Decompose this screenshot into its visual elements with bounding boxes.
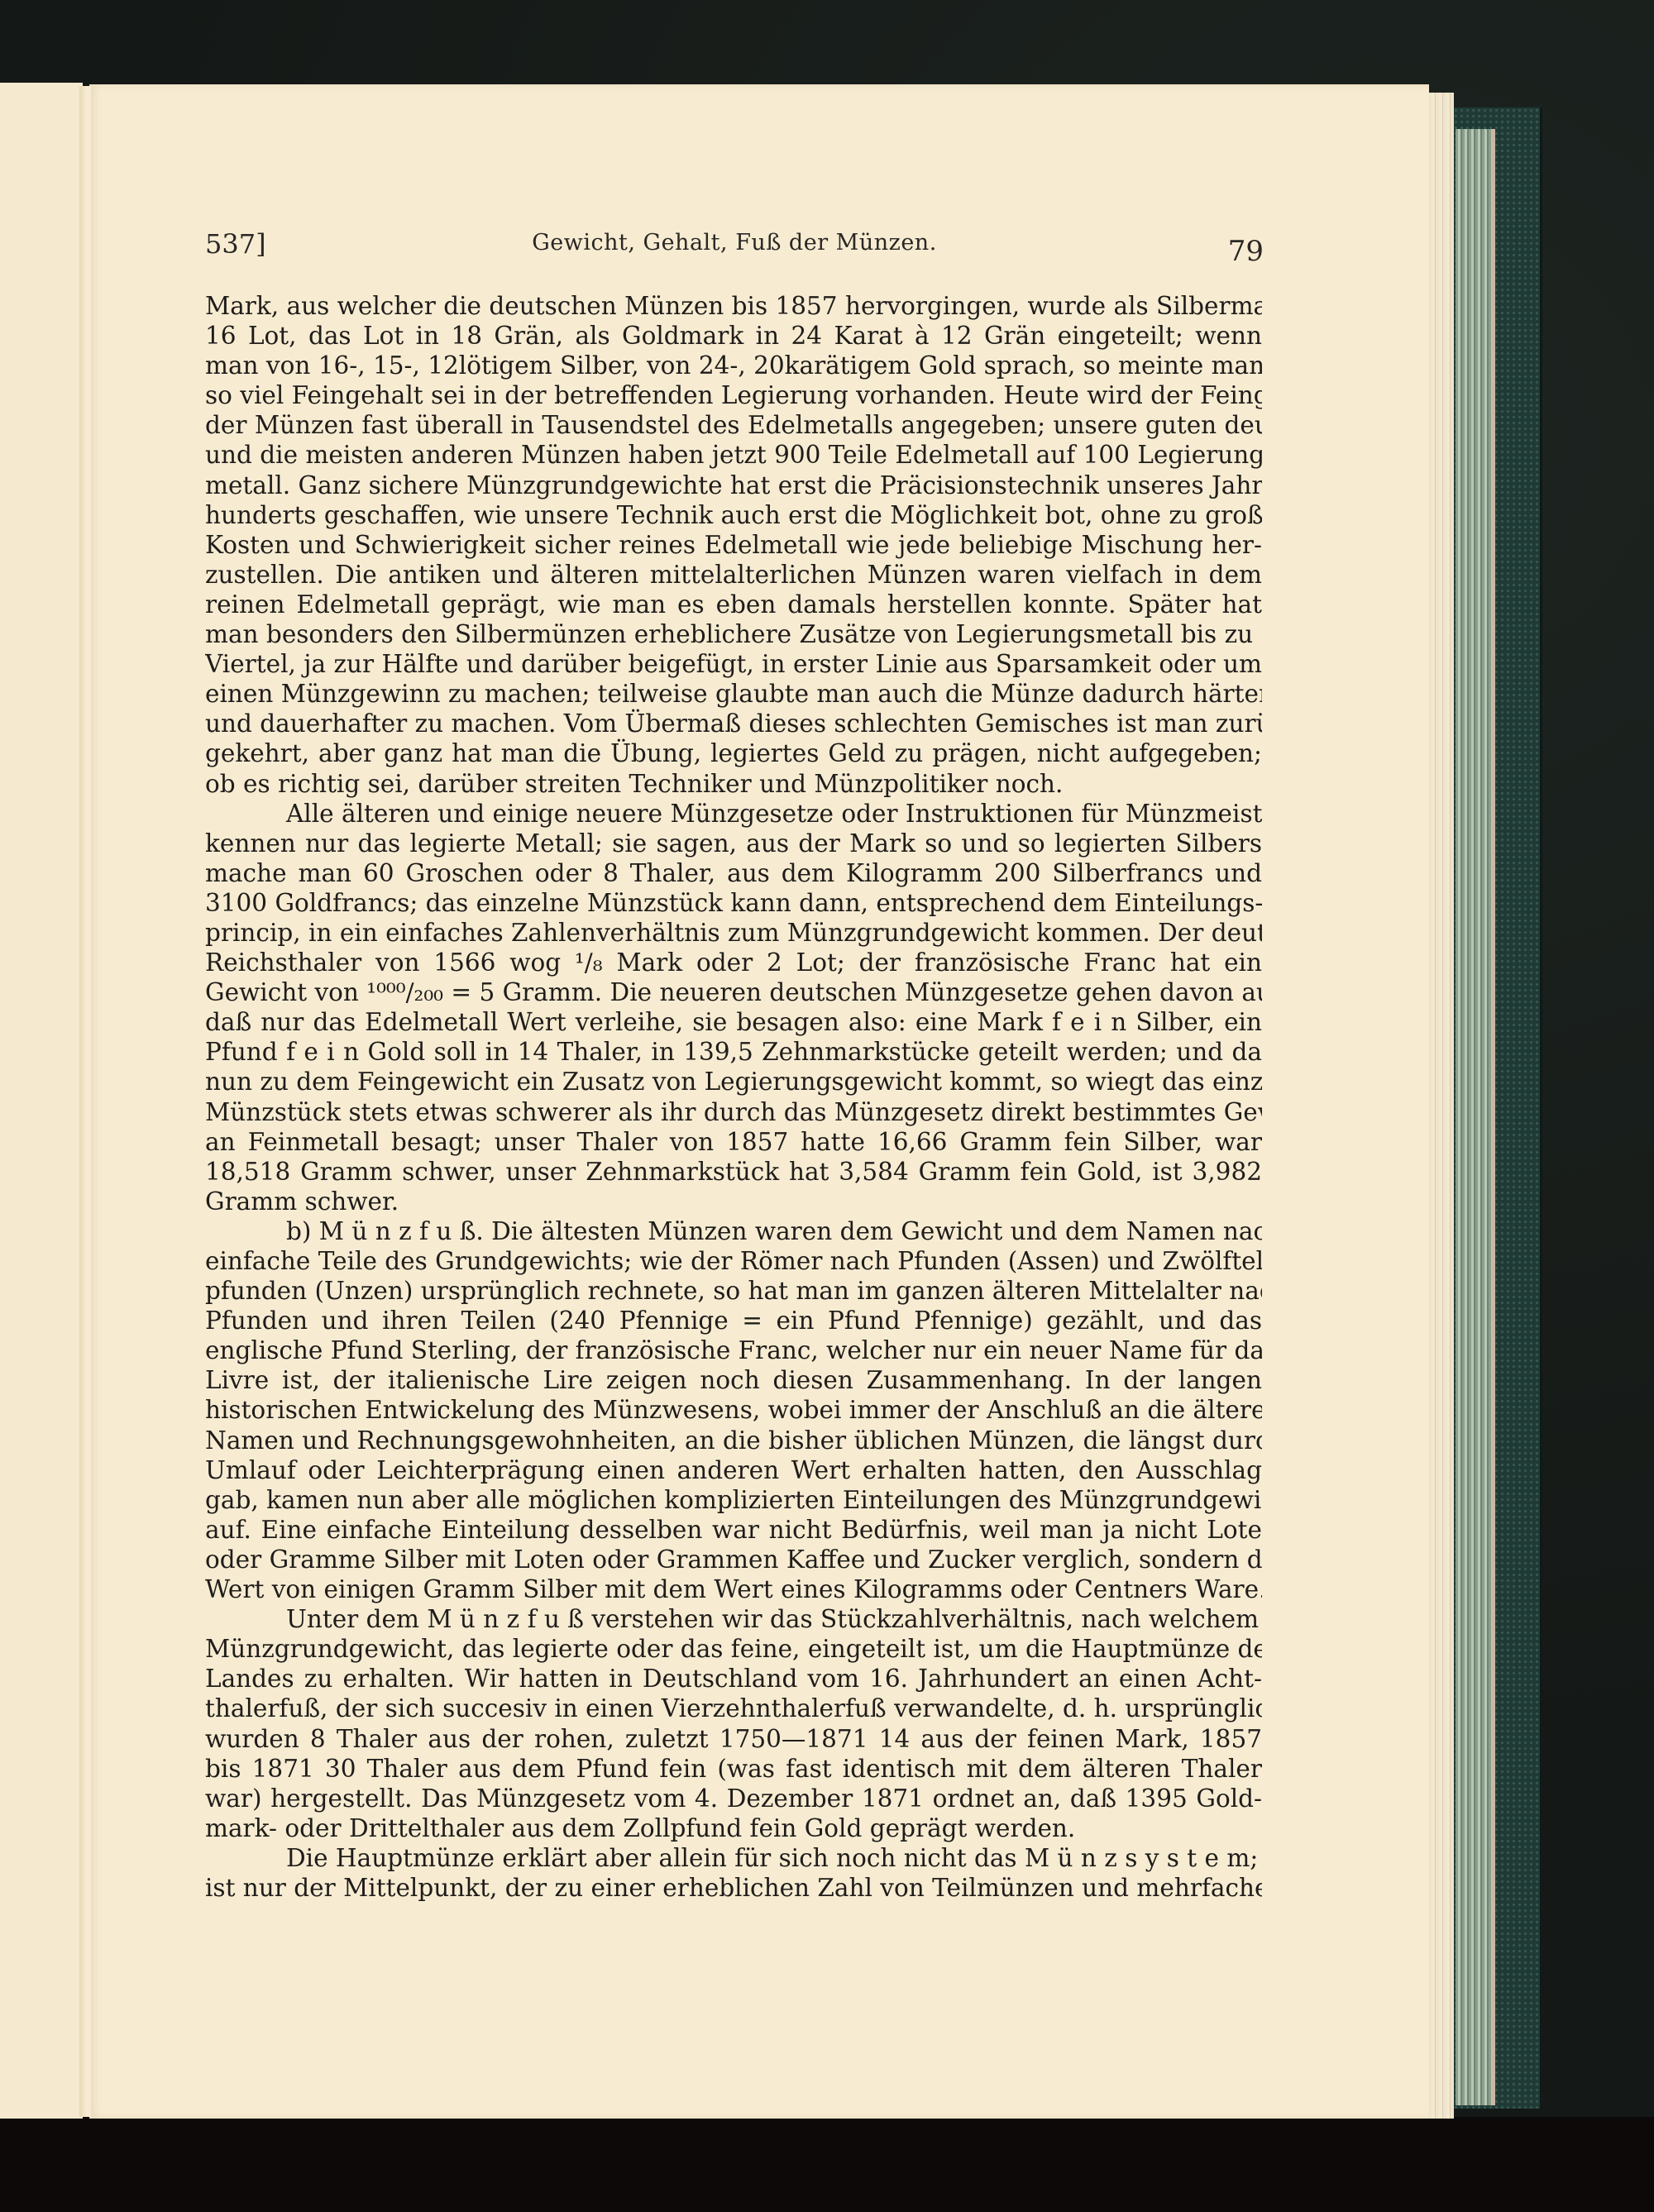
text-line: Münzgrundgewicht, das legierte oder das …: [205, 1634, 1262, 1664]
text-line: und dauerhafter zu machen. Vom Übermaß d…: [205, 709, 1262, 738]
text-line: man von 16-, 15-, 12lötigem Silber, von …: [205, 351, 1262, 380]
text-line: mache man 60 Groschen oder 8 Thaler, aus…: [205, 858, 1262, 888]
text-line: man besonders den Silbermünzen erheblich…: [205, 619, 1262, 649]
text-line: der Münzen fast überall in Tausendstel d…: [205, 410, 1262, 440]
text-line: gab, kamen nun aber alle möglichen kompl…: [205, 1485, 1262, 1515]
text-line: historischen Entwickelung des Münzwesens…: [205, 1395, 1262, 1425]
text-line: an Feinmetall besagt; unser Thaler von 1…: [205, 1127, 1262, 1157]
text-line: gekehrt, aber ganz hat man die Übung, le…: [205, 738, 1262, 768]
text-line: reinen Edelmetall geprägt, wie man es eb…: [205, 590, 1262, 619]
text-line: einfache Teile des Grundgewichts; wie de…: [205, 1246, 1262, 1276]
text-line: princip, in ein einfaches Zahlenverhältn…: [205, 918, 1262, 948]
text-line: Münzstück stets etwas schwerer als ihr d…: [205, 1097, 1262, 1127]
text-line: Wert von einigen Gramm Silber mit dem We…: [205, 1574, 1262, 1604]
text-line: thalerfuß, der sich succesiv in einen Vi…: [205, 1694, 1262, 1723]
text-line: 3100 Goldfrancs; das einzelne Münzstück …: [205, 888, 1262, 918]
page-block-edge: [1456, 129, 1495, 2105]
left-page-edge: [0, 83, 83, 2119]
text-line: auf. Eine einfache Einteilung desselben …: [205, 1515, 1262, 1545]
text-line: englische Pfund Sterling, der französisc…: [205, 1335, 1262, 1365]
text-line: hunderts geschaffen, wie unsere Technik …: [205, 500, 1262, 530]
text-line: Die Hauptmünze erklärt aber allein für s…: [205, 1843, 1262, 1873]
text-line: Mark, aus welcher die deutschen Münzen b…: [205, 291, 1262, 321]
text-line: und die meisten anderen Münzen haben jet…: [205, 440, 1262, 470]
text-line: bis 1871 30 Thaler aus dem Pfund fein (w…: [205, 1754, 1262, 1784]
text-line: Kosten und Schwierigkeit sicher reines E…: [205, 530, 1262, 560]
scan-background-bottom: [0, 2117, 1654, 2212]
page-number: 79: [1228, 235, 1264, 268]
text-line: 16 Lot, das Lot in 18 Grän, als Goldmark…: [205, 321, 1262, 351]
text-line: kennen nur das legierte Metall; sie sage…: [205, 829, 1262, 858]
text-line: war) hergestellt. Das Münzgesetz vom 4. …: [205, 1784, 1262, 1813]
text-line: Pfund f e i n Gold soll in 14 Thaler, in…: [205, 1037, 1262, 1067]
running-head: 537] Gewicht, Gehalt, Fuß der Münzen. 79: [205, 223, 1264, 265]
body-text: Mark, aus welcher die deutschen Münzen b…: [205, 291, 1262, 1903]
text-line: metall. Ganz sichere Münzgrundgewichte h…: [205, 471, 1262, 500]
text-line: zustellen. Die antiken und älteren mitte…: [205, 560, 1262, 590]
text-line: oder Gramme Silber mit Loten oder Gramme…: [205, 1545, 1262, 1574]
text-line: pfunden (Unzen) ursprünglich rechnete, s…: [205, 1276, 1262, 1306]
text-line: Umlauf oder Leichterprägung einen andere…: [205, 1455, 1262, 1485]
text-line: Livre ist, der italienische Lire zeigen …: [205, 1365, 1262, 1395]
text-line: Viertel, ja zur Hälfte und darüber beige…: [205, 649, 1262, 679]
book-gutter: [79, 86, 91, 2117]
text-line: nun zu dem Feingewicht ein Zusatz von Le…: [205, 1067, 1262, 1096]
text-line: Namen und Rechnungsgewohnheiten, an die …: [205, 1426, 1262, 1455]
running-title: Gewicht, Gehalt, Fuß der Münzen.: [205, 230, 1264, 256]
text-line: Alle älteren und einige neuere Münzgeset…: [205, 799, 1262, 829]
text-line: ist nur der Mittelpunkt, der zu einer er…: [205, 1873, 1262, 1903]
text-line: Unter dem M ü n z f u ß verstehen wir da…: [205, 1604, 1262, 1634]
text-line: Gewicht von ¹⁰⁰⁰/₂₀₀ = 5 Gramm. Die neue…: [205, 977, 1262, 1007]
text-line: b) M ü n z f u ß. Die ältesten Münzen wa…: [205, 1216, 1262, 1246]
text-line: Pfunden und ihren Teilen (240 Pfennige =…: [205, 1306, 1262, 1335]
text-line: 18,518 Gramm schwer, unser Zehnmarkstück…: [205, 1157, 1262, 1187]
text-line: daß nur das Edelmetall Wert verleihe, si…: [205, 1007, 1262, 1037]
text-line: Gramm schwer.: [205, 1187, 1262, 1216]
text-line: so viel Feingehalt sei in der betreffend…: [205, 380, 1262, 410]
text-line: mark- oder Drittelthaler aus dem Zollpfu…: [205, 1813, 1262, 1843]
text-line: Reichsthaler von 1566 wog ¹/₈ Mark oder …: [205, 948, 1262, 977]
text-line: ob es richtig sei, darüber streiten Tech…: [205, 769, 1262, 799]
text-line: wurden 8 Thaler aus der rohen, zuletzt 1…: [205, 1724, 1262, 1754]
text-line: einen Münzgewinn zu machen; teilweise gl…: [205, 679, 1262, 709]
text-line: Landes zu erhalten. Wir hatten in Deutsc…: [205, 1664, 1262, 1694]
